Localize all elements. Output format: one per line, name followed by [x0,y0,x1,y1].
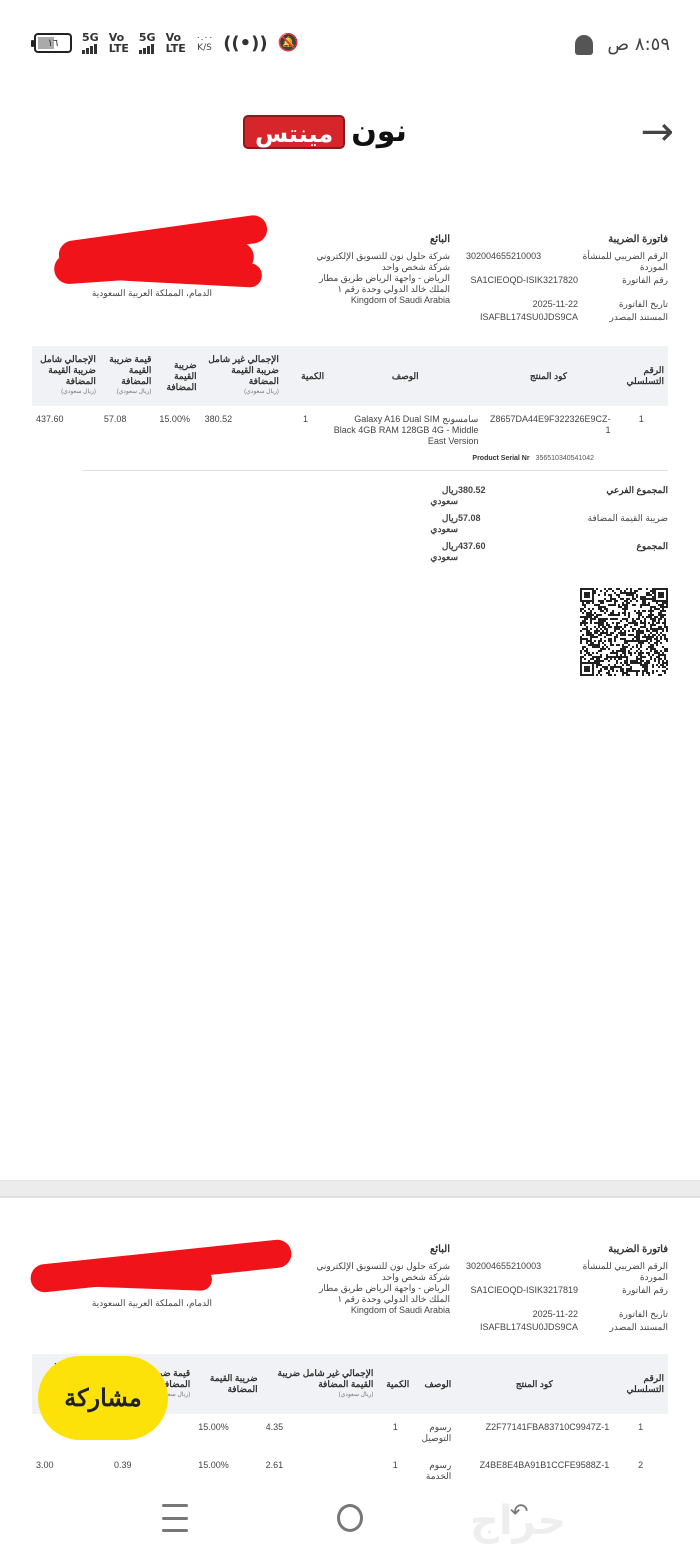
cell-vat-rate: 15.00% [194,1452,261,1490]
seller-line: Kingdom of Saudi Arabia [300,1305,450,1316]
seller-line: الرياض - واجهة الرياض طريق مطار الملك خا… [300,1283,450,1305]
meta-value: SA1CIEOQD-ISIK3217820 [458,275,578,297]
back-icon[interactable]: ↶ [510,1500,528,1525]
items-table: الرقم التسلسلي كود المنتج الوصف الكمية ا… [32,346,668,455]
totals-row: المجموع437.60ريال سعودي [408,541,668,563]
col-vat-amount: قيمة ضريبة القيمة المضافة(ريال سعودي) [100,346,156,406]
meta-label: تاريخ الفاتورة [578,1309,668,1320]
meta-value: 302004655210003 [458,1261,578,1283]
cell-code: Z8657DA44E9F322326E9CZ-1 [482,406,614,455]
meta-label: تاريخ الفاتورة [578,299,668,310]
bell-muted-icon: 🔕 [278,33,299,53]
col-code: كود المنتج [482,346,614,406]
cell-description: سامسونج Galaxy A16 Dual SIM Black 4GB RA… [328,406,482,455]
seller-line: الرياض - واجهة الرياض طريق مطار الملك خا… [300,273,450,295]
meta-value: ISAFBL174SU0JDS9CA [458,1322,578,1333]
recent-apps-icon[interactable] [162,1504,188,1532]
col-vat-rate: ضريبة القيمة المضافة [155,346,200,406]
app-header: مينتس نون → [0,110,700,160]
cell-subtotal: 4.35 [262,1414,378,1452]
cell-code: Z2F77141FBA83710C9947Z-1 [455,1414,613,1452]
clock: ٨:٥٩ ص [607,34,670,55]
meta-label: المستند المصدر [578,312,668,323]
col-total: الإجمالي شامل ضريبة القيمة المضافة(ريال … [32,346,100,406]
noon-minutes-logo: مينتس نون [243,114,407,149]
buyer-line: الدمام، المملكة العربية السعودية [52,288,252,299]
volte-icon: VoLTE [109,32,129,54]
cell-vat-amount: 57.08 [100,406,156,455]
cell-total: 437.60 [32,406,100,455]
logo-black-part: نون [351,114,407,149]
meta-value: 2025-11-22 [458,299,578,310]
volte-icon-2: VoLTE [166,32,186,54]
meta-label: الرقم الضريبي للمنشأة الموردة [578,251,668,273]
col-description: الوصف [328,346,482,406]
signal-icon: 5G [82,32,99,54]
cell-subtotal: 380.52 [201,406,283,455]
seller-line: شركة حلول نون للتسويق الإلكتروني شركة شخ… [300,1261,450,1283]
cell-serial: 1 [613,1414,668,1452]
cell-total: 3.00 [32,1452,110,1490]
meta-value: ISAFBL174SU0JDS9CA [458,312,578,323]
col-vat-rate: ضريبة القيمة المضافة [194,1354,261,1414]
invoice-totals: المجموع الفرعي380.52ريال سعودي ضريبة الق… [408,485,668,563]
totals-row: ضريبة القيمة المضافة57.08ريال سعودي [408,513,668,535]
qr-code [580,588,668,676]
meta-value: SA1CIEOQD-ISIK3217819 [458,1285,578,1307]
logo-red-part: مينتس [243,115,345,149]
battery-icon: ١٦ [34,33,72,53]
seller-title: البائع [300,234,450,245]
system-nav-bar: حراج ↶ [0,1490,700,1550]
seller-line: شركة حلول نون للتسويق الإلكتروني شركة شخ… [300,251,450,273]
cell-qty: 1 [377,1414,413,1452]
col-description: الوصف [413,1354,455,1414]
col-serial: الرقم التسلسلي [613,1354,668,1414]
cell-subtotal: 2.61 [262,1452,378,1490]
col-subtotal: الإجمالي غير شامل ضريبة القيمة المضافة(ر… [201,346,283,406]
snapchat-icon [575,35,593,55]
cell-code: Z4BE8E4BA91B1CCFE9588Z-1 [455,1452,613,1490]
cell-serial: 1 [615,406,668,455]
seller-info: البائع شركة حلول نون للتسويق الإلكتروني … [300,234,450,306]
col-serial: الرقم التسلسلي [615,346,668,406]
seller-info: البائع شركة حلول نون للتسويق الإلكتروني … [300,1244,450,1316]
meta-value: 302004655210003 [458,251,578,273]
meta-value: 2025-11-22 [458,1309,578,1320]
buyer-line: الدمام، المملكة العربية السعودية [52,1298,252,1309]
cell-description: رسوم الخدمة [413,1452,455,1490]
table-row: 1 Z8657DA44E9F322326E9CZ-1 سامسونج Galax… [32,406,668,455]
seller-title: البائع [300,1244,450,1255]
totals-row: المجموع الفرعي380.52ريال سعودي [408,485,668,507]
page-separator [0,1180,700,1198]
signal-icon-2: 5G [139,32,156,54]
invoice-1: فاتورة الضريبة الرقم الضريبي للمنشأة الم… [32,234,668,569]
col-subtotal: الإجمالي غير شامل ضريبة القيمة المضافة(ر… [262,1354,378,1414]
cell-serial: 2 [613,1452,668,1490]
meta-label: المستند المصدر [578,1322,668,1333]
network-speed: ٠.٠٠K/S [196,33,213,53]
meta-label: رقم الفاتورة [578,275,668,297]
col-qty: الكمية [283,346,328,406]
product-serial: Product Serial Nr356510340541042 [32,455,668,470]
cell-vat-rate: 15.00% [155,406,200,455]
meta-label: الرقم الضريبي للمنشأة الموردة [578,1261,668,1283]
status-bar: ١٦ 5G VoLTE 5G VoLTE ٠.٠٠K/S ((•)) 🔕 ٨:٥… [0,28,700,64]
table-row: 2 Z4BE8E4BA91B1CCFE9588Z-1 رسوم الخدمة 1… [32,1452,668,1490]
col-qty: الكمية [377,1354,413,1414]
meta-label: رقم الفاتورة [578,1285,668,1307]
cell-vat-amount: 0.39 [110,1452,194,1490]
divider [82,470,668,471]
share-button[interactable]: مشاركة [38,1356,168,1440]
cell-qty: 1 [283,406,328,455]
seller-line: Kingdom of Saudi Arabia [300,295,450,306]
cell-vat-rate: 15.00% [194,1414,261,1452]
cell-description: رسوم التوصيل [413,1414,455,1452]
col-code: كود المنتج [455,1354,613,1414]
arrow-right-icon[interactable]: → [640,112,674,152]
home-icon[interactable] [337,1504,363,1532]
cell-qty: 1 [377,1452,413,1490]
hotspot-icon: ((•)) [223,33,267,54]
